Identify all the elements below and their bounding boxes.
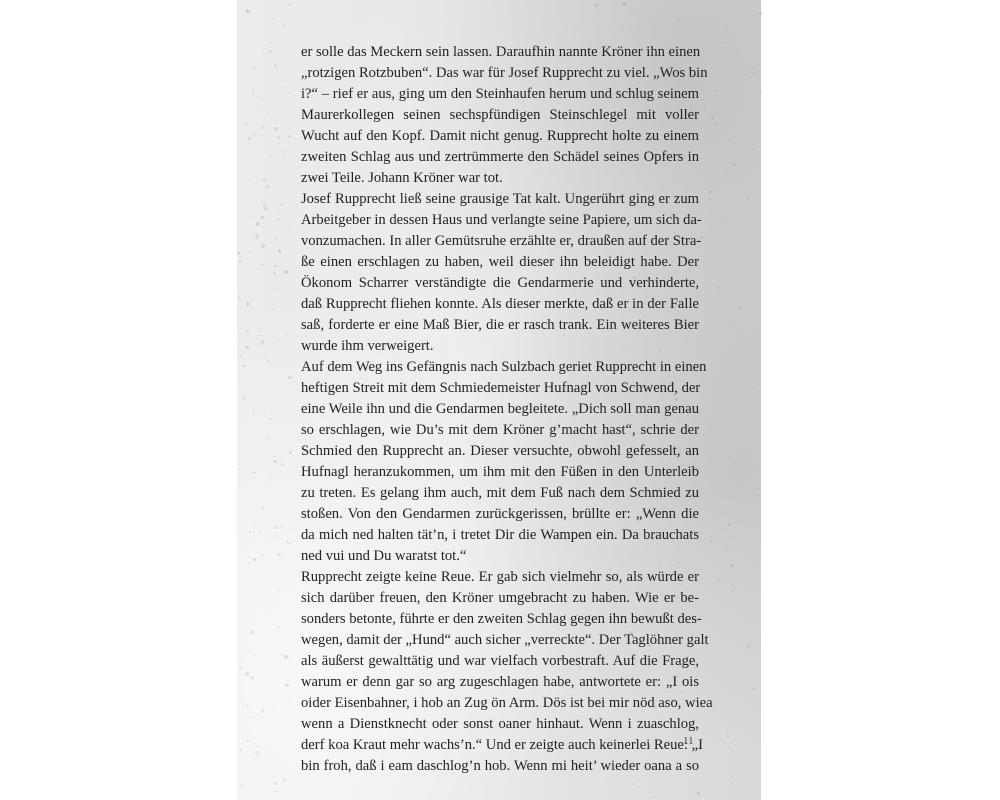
text-line: wurde ihm verweigert. [301,336,699,357]
text-line: daß Rupprecht fliehen konnte. Als dieser… [301,294,699,315]
text-line: Arbeitgeber in dessen Haus und verlangte… [301,210,699,231]
text-line: Rupprecht zeigte keine Reue. Er gab sich… [301,567,699,588]
text-line: Ökonom Scharrer verständigte die Gendarm… [301,273,699,294]
text-line: wegen, damit der „Hund“ auch sicher „ver… [301,630,699,651]
text-line: zweiten Schlag aus und zertrümmerte den … [301,147,699,168]
text-line: sich darüber freuen, den Kröner umgebrac… [301,588,699,609]
text-line: derf koa Kraut mehr wachs’n.“ Und er zei… [301,735,699,756]
text-line: Schmied den Rupprecht an. Dieser versuch… [301,441,699,462]
text-line: i?“ – rief er aus, ging um den Steinhauf… [301,84,699,105]
text-line: sonders betonte, führte er den zweiten S… [301,609,699,630]
text-line: zwei Teile. Johann Kröner war tot. [301,168,699,189]
text-line: heftigen Streit mit dem Schmiedemeister … [301,378,699,399]
text-line: wenn a Dienstknecht oder sonst oaner hin… [301,714,699,735]
text-line: vonzumachen. In aller Gemütsruhe erzählt… [301,231,699,252]
text-line: bin froh, daß i eam daschlog’n hob. Wenn… [301,756,699,777]
text-line: ße einen erschlagen zu haben, weil diese… [301,252,699,273]
text-line: zu treten. Es gelang ihm auch, mit dem F… [301,483,699,504]
text-line: da mich ned halten tät’n, i tretet Dir d… [301,525,699,546]
text-line: eine Weile ihn und die Gendarmen begleit… [301,399,699,420]
text-line: oider Eisenbahner, i hob an Zug ön Arm. … [301,693,699,714]
text-line: „rotzigen Rotzbuben“. Das war für Josef … [301,63,699,84]
text-line: er solle das Meckern sein lassen. Darauf… [301,42,699,63]
text-line: Wucht auf den Kopf. Damit nicht genug. R… [301,126,699,147]
book-page: er solle das Meckern sein lassen. Darauf… [237,0,761,800]
text-line: ned vui und Du waratst tot.“ [301,546,699,567]
text-line: warum er denn gar so arg zugeschlagen ha… [301,672,699,693]
text-line: saß, forderte er eine Maß Bier, die er r… [301,315,699,336]
page-number: 11 [683,735,703,747]
text-line: stoßen. Von den Gendarmen zurückgerissen… [301,504,699,525]
text-line: Josef Rupprecht ließ seine grausige Tat … [301,189,699,210]
text-line: als äußerst gewalttätig und war vielfach… [301,651,699,672]
text-line: Auf dem Weg ins Gefängnis nach Sulzbach … [301,357,699,378]
text-line: Maurerkollegen seinen sechspfündigen Ste… [301,105,699,126]
body-text: er solle das Meckern sein lassen. Darauf… [301,42,699,777]
text-line: Hufnagl heranzukommen, um ihm mit den Fü… [301,462,699,483]
text-line: so erschlagen, wie Du’s mit dem Kröner g… [301,420,699,441]
